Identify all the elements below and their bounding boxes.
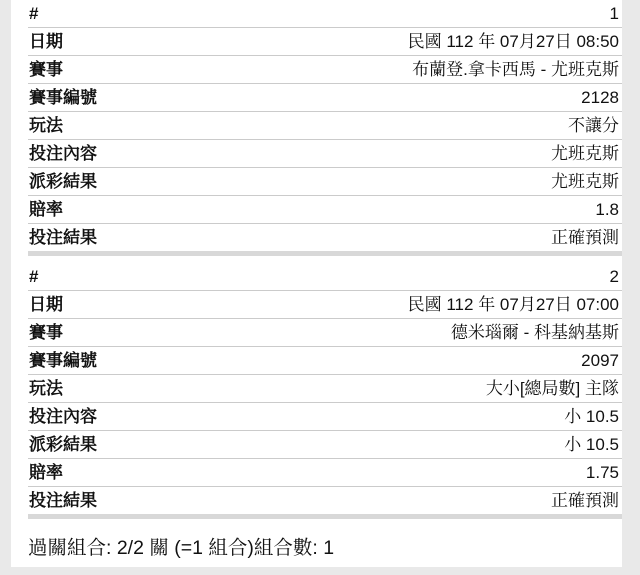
record-row: 賽事德米瑙爾 - 科基納基斯 [28,319,622,347]
record-row: 賽事編號2128 [28,84,622,112]
record-row-value: 德米瑙爾 - 科基納基斯 [173,319,622,347]
record-row-label: 玩法 [28,375,173,403]
record-row: 投注結果正確預測 [28,224,622,254]
record-row-value: 1.8 [173,196,622,224]
record-row-value: 2 [173,263,622,291]
record-row-value: 大小[總局數] 主隊 [173,375,622,403]
record-row-value: 正確預測 [173,487,622,517]
record-row-label: 賽事 [28,319,173,347]
record-row: 賠率1.75 [28,459,622,487]
record-row: 玩法不讓分 [28,112,622,140]
record-row-label: # [28,0,173,28]
record-row-value: 布蘭登.拿卡西馬 - 尤班克斯 [173,56,622,84]
record-row: 派彩結果小 10.5 [28,431,622,459]
parlay-summary-text: 過關組合: 2/2 關 (=1 組合)組合數: 1 [28,536,622,560]
record-row-label: 賽事編號 [28,347,173,375]
record-row-label: 賽事編號 [28,84,173,112]
bet-record-table-2: #2日期民國 112 年 07月27日 07:00賽事德米瑙爾 - 科基納基斯賽… [28,263,622,519]
record-row-value: 小 10.5 [173,431,622,459]
record-row-value: 不讓分 [173,112,622,140]
record-row-value: 正確預測 [173,224,622,254]
record-row-value: 尤班克斯 [173,168,622,196]
record-row: 日期民國 112 年 07月27日 07:00 [28,291,622,319]
record-row: 玩法大小[總局數] 主隊 [28,375,622,403]
record-row-value: 2097 [173,347,622,375]
record-row-value: 民國 112 年 07月27日 08:50 [173,28,622,56]
record-row-label: 日期 [28,291,173,319]
record-row-label: 玩法 [28,112,173,140]
record-row: 賽事布蘭登.拿卡西馬 - 尤班克斯 [28,56,622,84]
record-row: 派彩結果尤班克斯 [28,168,622,196]
record-row: 投注結果正確預測 [28,487,622,517]
record-row-value: 1.75 [173,459,622,487]
page-background: { "colors": { "page_bg": "#e9e9e9", "pan… [0,0,640,575]
record-row-value: 1 [173,0,622,28]
record-row-label: 派彩結果 [28,431,173,459]
record-row-value: 民國 112 年 07月27日 07:00 [173,291,622,319]
record-row: 日期民國 112 年 07月27日 08:50 [28,28,622,56]
bet-records-panel: #1日期民國 112 年 07月27日 08:50賽事布蘭登.拿卡西馬 - 尤班… [11,0,622,567]
record-row-label: 投注結果 [28,224,173,254]
record-row-label: 派彩結果 [28,168,173,196]
record-row-label: # [28,263,173,291]
record-row-label: 賽事 [28,56,173,84]
record-row: 投注內容尤班克斯 [28,140,622,168]
record-row-label: 投注內容 [28,140,173,168]
record-row: #2 [28,263,622,291]
record-row: 賽事編號2097 [28,347,622,375]
record-row-value: 2128 [173,84,622,112]
record-row-label: 賠率 [28,459,173,487]
record-row-label: 投注內容 [28,403,173,431]
record-row-label: 賠率 [28,196,173,224]
record-row: #1 [28,0,622,28]
record-row-value: 小 10.5 [173,403,622,431]
bet-record-rows: #2日期民國 112 年 07月27日 07:00賽事德米瑙爾 - 科基納基斯賽… [28,263,622,517]
record-row: 賠率1.8 [28,196,622,224]
record-row: 投注內容小 10.5 [28,403,622,431]
bet-record-table-1: #1日期民國 112 年 07月27日 08:50賽事布蘭登.拿卡西馬 - 尤班… [28,0,622,256]
record-row-label: 投注結果 [28,487,173,517]
record-row-label: 日期 [28,28,173,56]
record-row-value: 尤班克斯 [173,140,622,168]
bet-record-rows: #1日期民國 112 年 07月27日 08:50賽事布蘭登.拿卡西馬 - 尤班… [28,0,622,254]
